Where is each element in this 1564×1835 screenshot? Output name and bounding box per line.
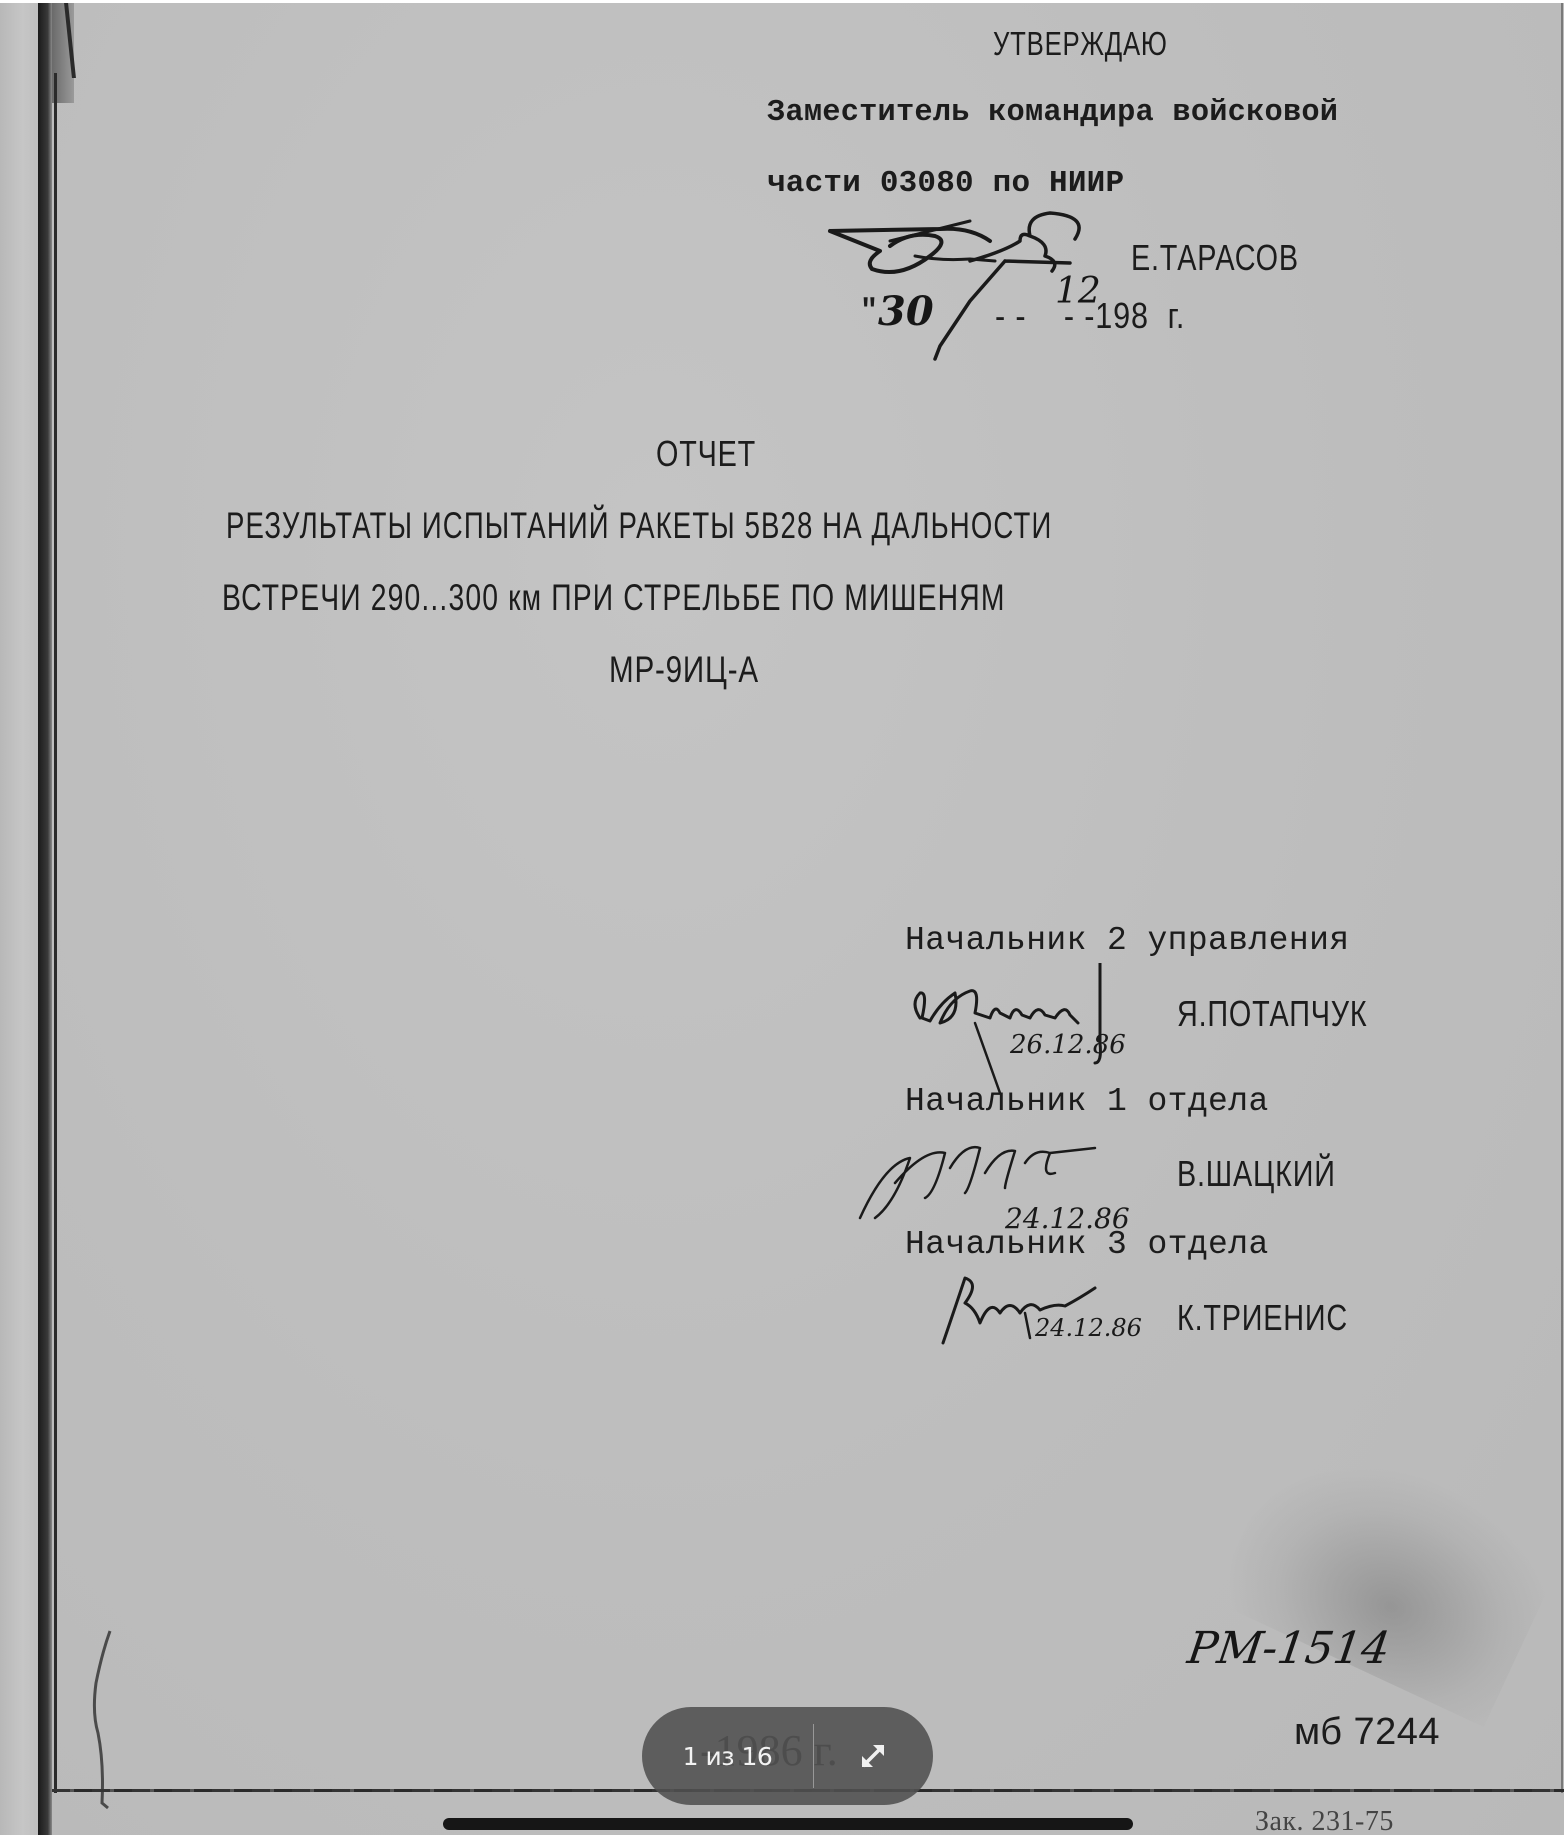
signature-potapchuk: 26.12.86 [900, 963, 1190, 1103]
expand-arrows-icon [858, 1741, 888, 1771]
binding-shadow [38, 3, 52, 1835]
signatory-3-position: Начальник 3 отдела [905, 1226, 1269, 1263]
registration-number: мб 7244 [1294, 1711, 1440, 1754]
signatory-2-position: Начальник 1 отдела [905, 1083, 1269, 1120]
signatory-2-name: В.ШАЦКИЙ [1177, 1153, 1336, 1195]
report-title-line2: ВСТРЕЧИ 290...300 км ПРИ СТРЕЛЬБЕ ПО МИШ… [222, 577, 1006, 619]
document-viewer[interactable]: УТВЕРЖДАЮ Заместитель командира войсково… [0, 3, 1564, 1835]
print-order-number: Зак. 231-75 [1255, 1806, 1394, 1835]
signatory-3-name: К.ТРИЕНИС [1177, 1297, 1348, 1339]
approval-name: Е.ТАРАСОВ [1131, 237, 1299, 279]
signature-trienis: 24.12.86 [935, 1268, 1165, 1348]
report-heading: ОТЧЕТ [656, 433, 756, 475]
pencil-bracket-mark [80, 1623, 120, 1823]
page-indicator: 1 из 16 [642, 1742, 813, 1771]
approval-position-line1: Заместитель командира войсковой [767, 95, 1338, 130]
adjacent-page-edge [0, 3, 38, 1835]
handwritten-archive-code: РМ-1514 [1184, 1623, 1393, 1674]
report-title-line1: РЕЗУЛЬТАТЫ ИСПЫТАНИЙ РАКЕТЫ 5В28 НА ДАЛЬ… [226, 505, 1052, 547]
signature-tarasov [820, 201, 1110, 361]
home-indicator-bar[interactable] [443, 1818, 1133, 1830]
page-edge-line [54, 73, 57, 1793]
svg-text:24.12.86: 24.12.86 [1034, 1314, 1142, 1342]
signatory-1-name: Я.ПОТАПЧУК [1177, 993, 1367, 1035]
approval-position-line2: части 03080 по НИИР [767, 166, 1124, 201]
report-title-line3: МР-9ИЦ-А [609, 649, 759, 691]
approval-heading: УТВЕРЖДАЮ [993, 25, 1168, 63]
page-control-pill: 1 из 16 [642, 1707, 933, 1805]
expand-fullscreen-button[interactable] [814, 1707, 932, 1805]
signatory-1-position: Начальник 2 управления [905, 922, 1349, 959]
svg-text:26.12.86: 26.12.86 [1009, 1030, 1126, 1060]
signature-shatsky: 24.12.86 [855, 1123, 1215, 1233]
page-right-edge [1561, 3, 1563, 1793]
